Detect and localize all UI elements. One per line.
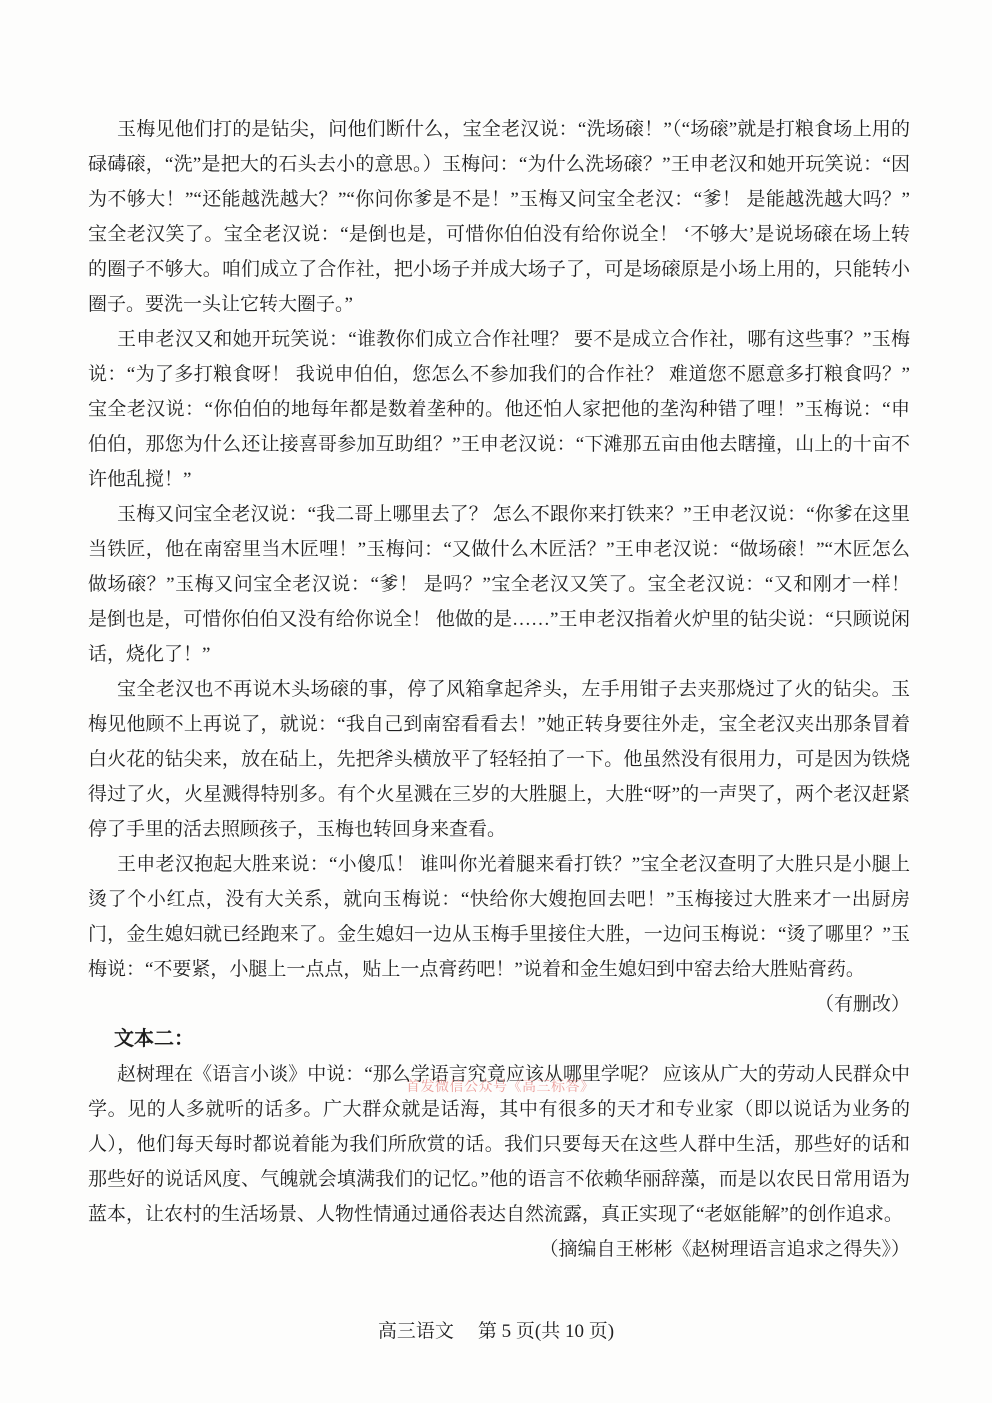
passage-one-paragraph-3: 玉梅又问宝全老汉说：“我二哥上哪里去了？ 怎么不跟你来打铁来？”王申老汉说：“你…	[88, 497, 910, 672]
passage-one-paragraph-1: 玉梅见他们打的是钻尖，问他们断什么，宝全老汉说：“洗场磙！”（“场磙”就是打粮食…	[88, 112, 910, 322]
footer-page-info: 第 5 页(共 10 页)	[478, 1321, 614, 1342]
footer-course: 高三语文	[378, 1321, 454, 1342]
passage-two-attribution: （摘编自王彬彬《赵树理语言追求之得失》）	[88, 1232, 910, 1267]
page-footer: 高三语文第 5 页(共 10 页)	[0, 1317, 992, 1347]
deletion-note: （有删改）	[88, 987, 910, 1022]
passage-one-paragraph-5: 王申老汉抱起大胜来说：“小傻瓜！ 谁叫你光着腿来看打铁？”宝全老汉查明了大胜只是…	[88, 847, 910, 987]
watermark: 首发微信公众号《高三标答》	[406, 1079, 595, 1097]
passage-one-paragraph-2: 王申老汉又和她开玩笑说：“谁教你们成立合作社哩？ 要不是成立合作社，哪有这些事？…	[88, 322, 910, 497]
passage-two-header: 文本二：	[88, 1022, 910, 1057]
exam-page: 玉梅见他们打的是钻尖，问他们断什么，宝全老汉说：“洗场磙！”（“场磙”就是打粮食…	[0, 0, 992, 1403]
passage-one-paragraph-4: 宝全老汉也不再说木头场磙的事，停了风箱拿起斧头，左手用钳子去夹那烧过了火的钻尖。…	[88, 672, 910, 847]
